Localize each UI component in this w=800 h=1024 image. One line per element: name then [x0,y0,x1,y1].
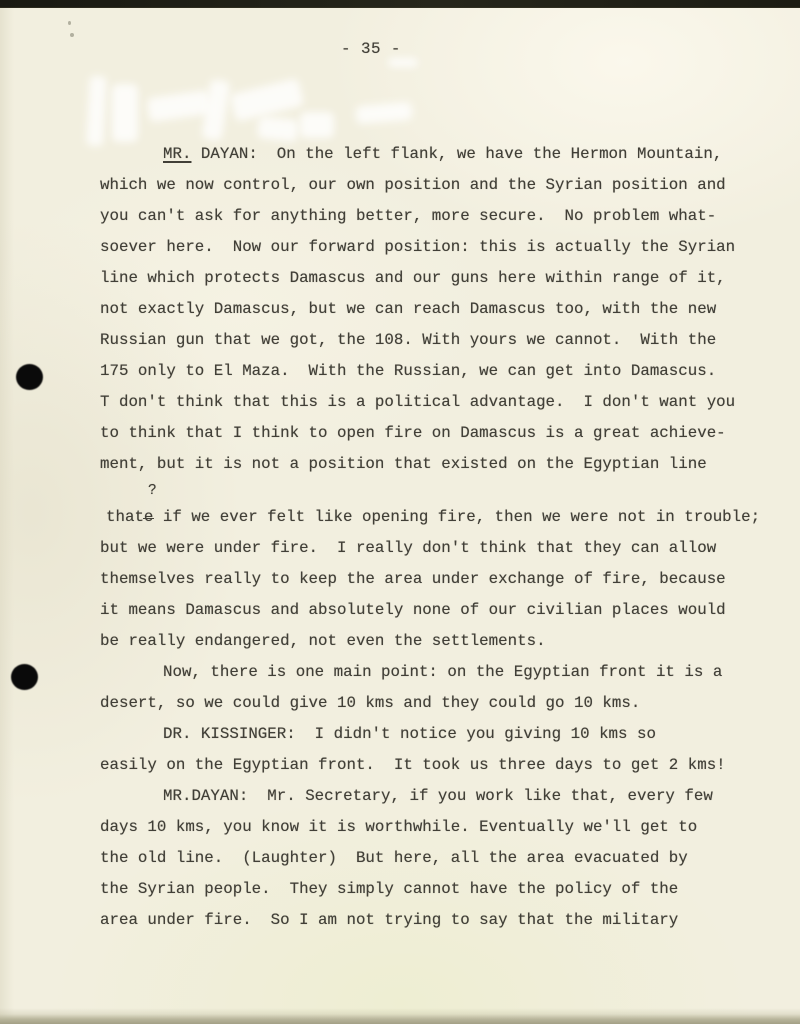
text-segment: the Syrian people. They simply cannot ha… [100,880,678,898]
scan-edge-top [0,0,800,8]
text-line: area under fire. So I am not trying to s… [100,905,760,936]
text-line: easily on the Egyptian front. It took us… [100,750,760,781]
ghost-blob [388,58,418,67]
text-segment: MR.DAYAN: Mr. Secretary, if you work lik… [163,787,713,805]
ghost-blob [86,76,107,147]
text-segment: DR. KISSINGER: I didn't notice you givin… [163,725,656,743]
text-segment: desert, so we could give 10 kms and they… [100,694,640,712]
text-line: T don't think that this is a political a… [100,387,760,418]
text-segment: ment, but it is not a position that exis… [100,455,707,473]
text-line: be really endangered, not even the settl… [100,626,760,657]
text-line: 175 only to El Maza. With the Russian, w… [100,356,760,387]
text-segment: DAYAN: On the left flank, we have the He… [191,145,722,163]
text-line: you can't ask for anything better, more … [100,201,760,232]
page-number: - 35 - [341,40,401,58]
text-segment: that [106,508,144,526]
text-line: Now, there is one main point: on the Egy… [100,657,760,688]
text-line: but we were under fire. I really don't t… [100,533,760,564]
text-line: Russian gun that we got, the 108. With y… [100,325,760,356]
text-segment: e [144,508,153,526]
text-line: to think that I think to open fire on Da… [100,418,760,449]
text-line: the old line. (Laughter) But here, all t… [100,843,760,874]
ghost-blob [147,90,212,122]
speaker-label: MR. [163,145,191,163]
text-segment: but we were under fire. I really don't t… [100,539,716,557]
punch-hole-mark-1 [16,364,43,390]
text-line: soever here. Now our forward position: t… [100,232,760,263]
text-segment: be really endangered, not even the settl… [100,632,546,650]
punch-hole-mark-2 [11,664,38,690]
document-lines: MR. DAYAN: On the left flank, we have th… [100,139,760,936]
paper-speck [68,21,71,25]
text-segment: it means Damascus and absolutely none of… [100,601,726,619]
text-segment: 175 only to El Maza. With the Russian, w… [100,362,716,380]
text-line: which we now control, our own position a… [100,170,760,201]
text-line: DR. KISSINGER: I didn't notice you givin… [100,719,760,750]
text-segment: ? [148,483,157,499]
text-segment: area under fire. So I am not trying to s… [100,911,678,929]
scan-edge-bottom [0,1008,800,1024]
text-line: ment, but it is not a position that exis… [100,449,760,480]
ghost-blob [355,102,412,125]
text-line: themselves really to keep the area under… [100,564,760,595]
text-segment: line which protects Damascus and our gun… [100,269,726,287]
text-segment: easily on the Egyptian front. It took us… [100,756,726,774]
text-segment: days 10 kms, you know it is worthwhile. … [100,818,697,836]
text-segment: which we now control, our own position a… [100,176,726,194]
text-segment: Russian gun that we got, the 108. With y… [100,331,716,349]
text-segment: themselves really to keep the area under… [100,570,726,588]
paper-speck [70,33,74,37]
text-segment: if we ever felt like opening fire, then … [153,508,760,526]
text-line: not exactly Damascus, but we can reach D… [100,294,760,325]
text-segment: not exactly Damascus, but we can reach D… [100,300,716,318]
scanned-document-page: - 35 - MR. DAYAN: On the left flank, we … [0,0,800,1024]
text-line: line which protects Damascus and our gun… [100,263,760,294]
text-line: MR. DAYAN: On the left flank, we have th… [100,139,760,170]
ghost-blob [300,112,334,138]
typed-annotation: ? [100,480,760,502]
text-segment: to think that I think to open fire on Da… [100,424,726,442]
text-line: thate if we ever felt like opening fire,… [100,502,760,533]
ghost-blob [230,78,305,122]
text-line: it means Damascus and absolutely none of… [100,595,760,626]
ghost-blob [201,79,230,141]
text-segment: soever here. Now our forward position: t… [100,238,735,256]
ghost-blob [112,84,138,142]
text-segment: the old line. (Laughter) But here, all t… [100,849,688,867]
text-segment: T don't think that this is a political a… [100,393,735,411]
text-line: desert, so we could give 10 kms and they… [100,688,760,719]
text-line: the Syrian people. They simply cannot ha… [100,874,760,905]
text-segment: Now, there is one main point: on the Egy… [163,663,722,681]
text-line: days 10 kms, you know it is worthwhile. … [100,812,760,843]
text-segment: you can't ask for anything better, more … [100,207,716,225]
text-line: MR.DAYAN: Mr. Secretary, if you work lik… [100,781,760,812]
